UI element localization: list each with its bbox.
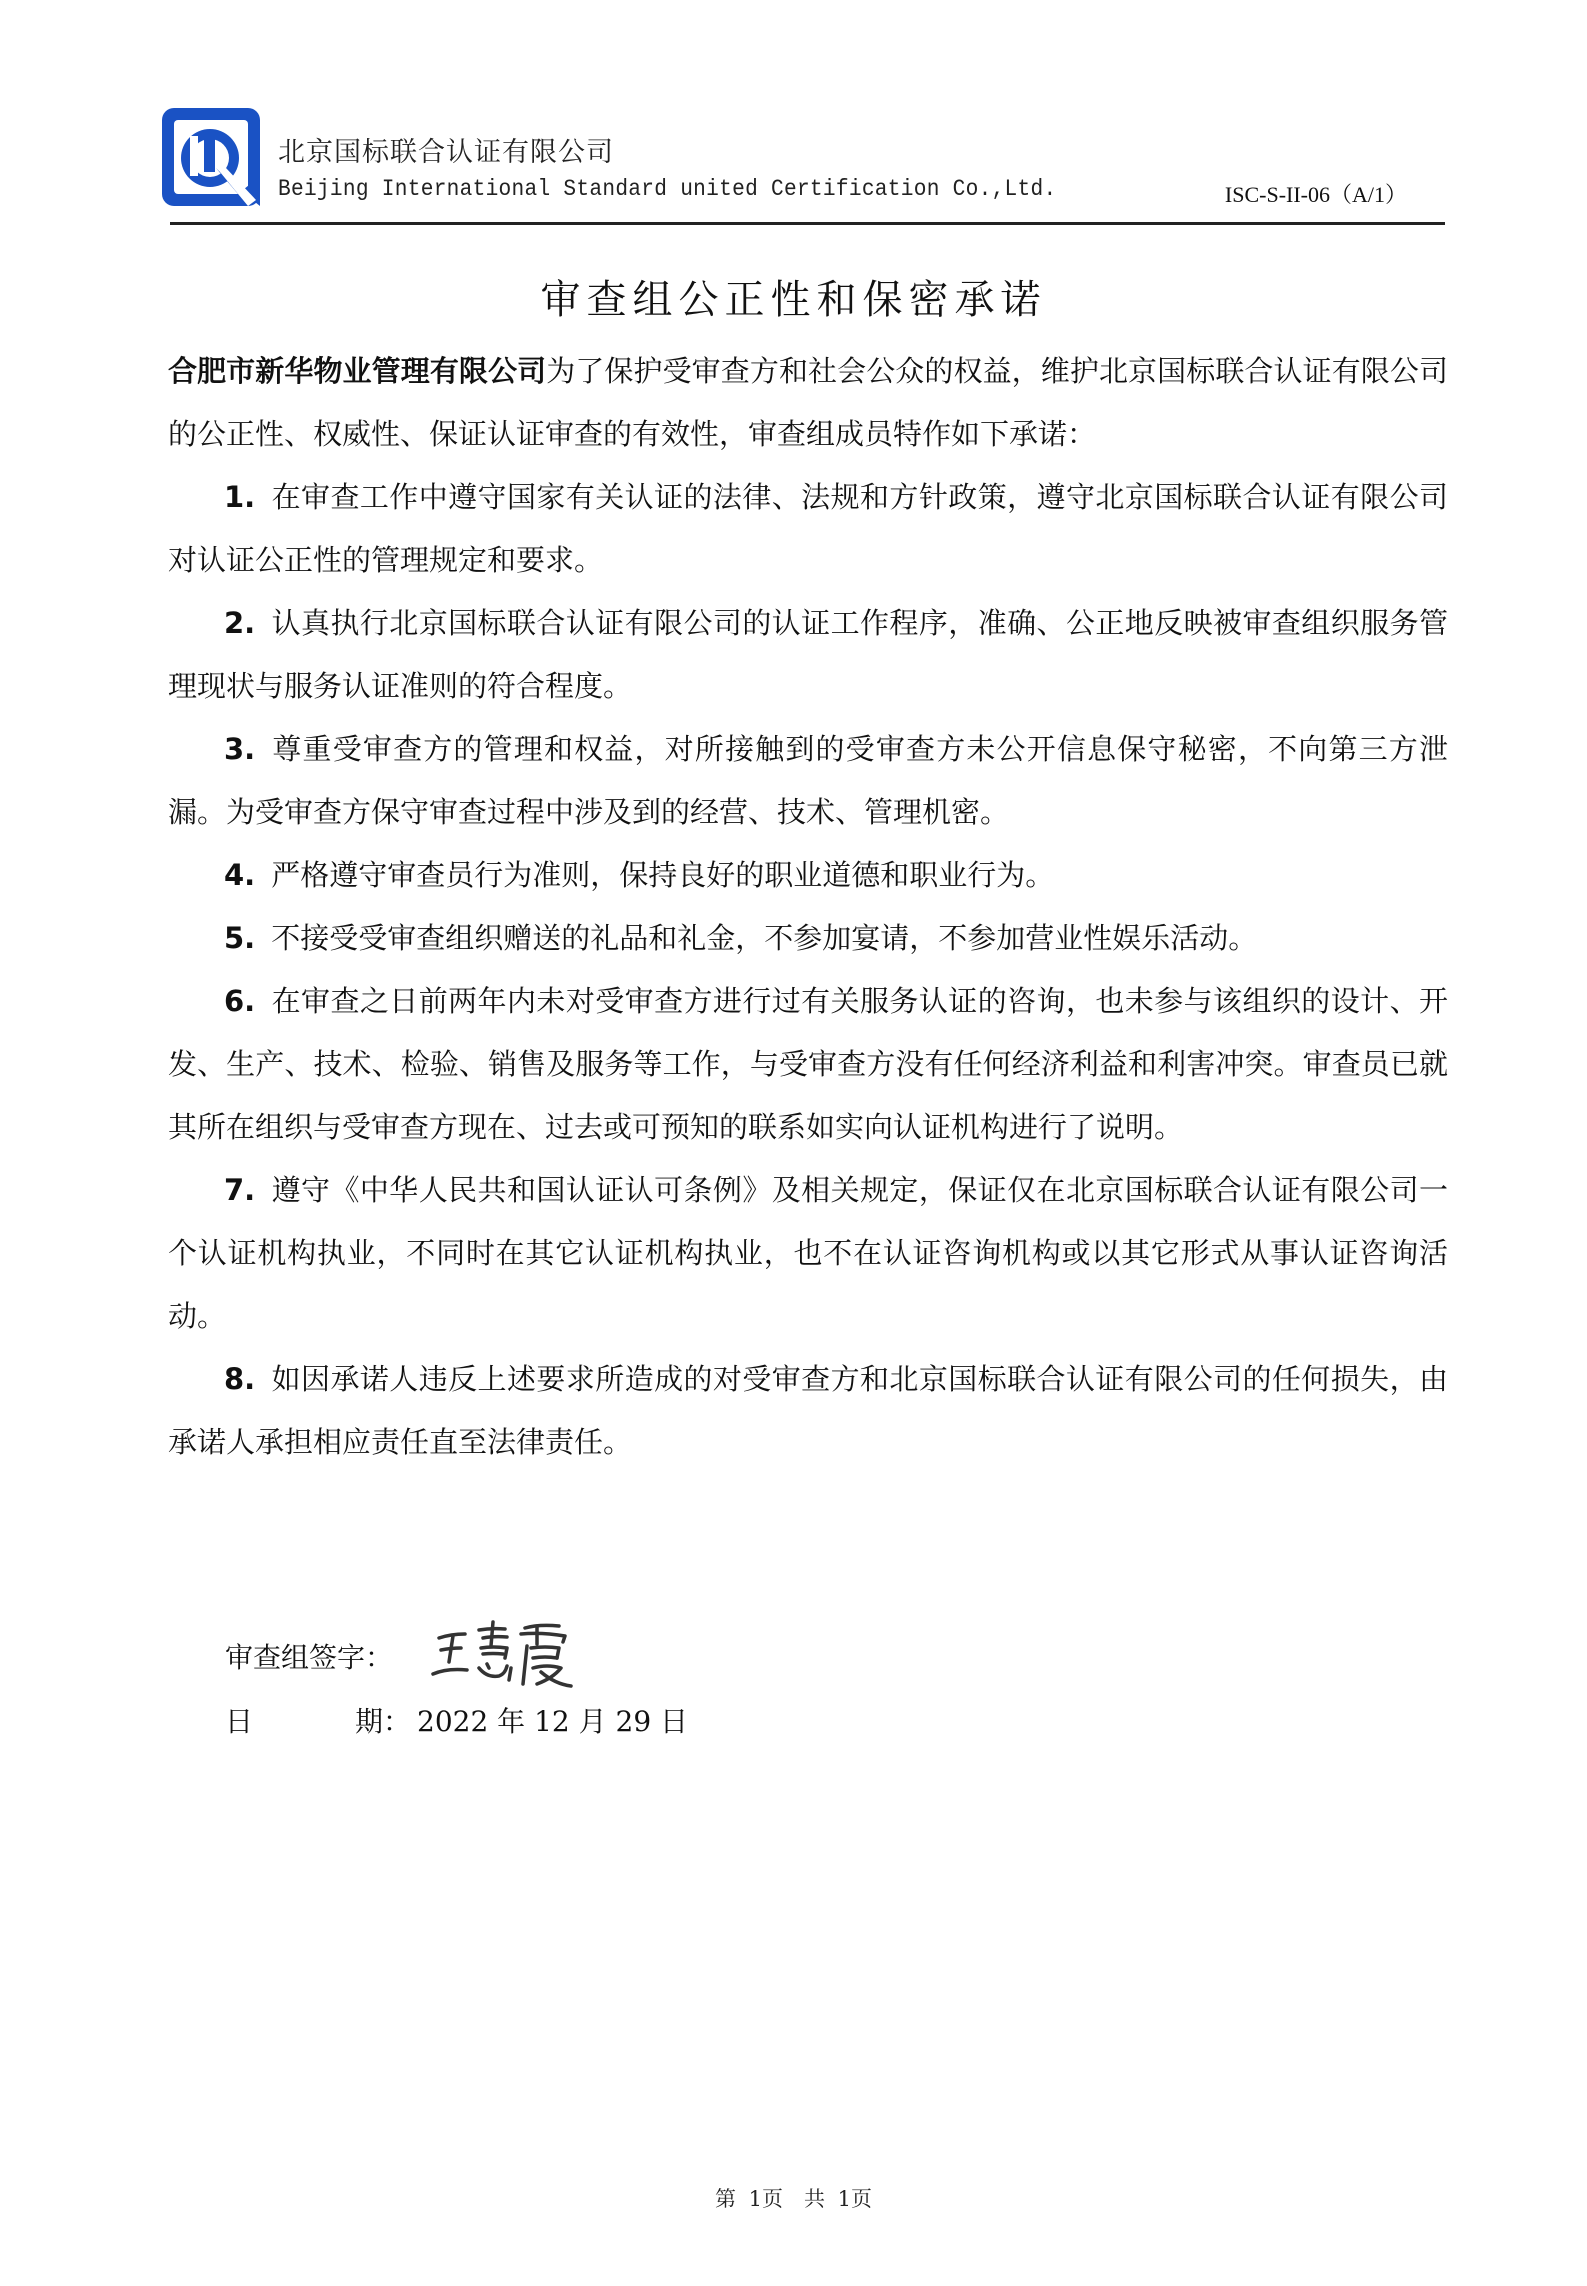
- date-label-part2: 期：: [355, 1700, 411, 1740]
- item-text: 尊重受审查方的管理和权益，对所接触到的受审查方未公开信息保守秘密，不向第三方泄漏…: [168, 732, 1448, 829]
- document-body: 合肥市新华物业管理有限公司为了保护受审查方和社会公众的权益，维护北京国标联合认证…: [168, 340, 1448, 1474]
- item-text: 在审查之日前两年内未对受审查方进行过有关服务认证的咨询，也未参与该组织的设计、开…: [168, 984, 1448, 1144]
- signature-label: 审查组签字：: [225, 1636, 393, 1676]
- item-text: 严格遵守审查员行为准则，保持良好的职业道德和职业行为。: [271, 858, 1054, 892]
- document-code: ISC-S-II-06（A/1）: [1225, 178, 1407, 209]
- item-number: 7.: [224, 1173, 255, 1207]
- item-number: 6.: [224, 984, 255, 1018]
- date-value: 2022 年 12 月 29 日: [417, 1700, 688, 1740]
- commitment-item: 3.尊重受审查方的管理和权益，对所接触到的受审查方未公开信息保守秘密，不向第三方…: [168, 718, 1448, 844]
- item-number: 5.: [224, 921, 255, 955]
- organization-name: 合肥市新华物业管理有限公司: [168, 354, 546, 388]
- header-divider: [170, 222, 1445, 225]
- handwritten-signature-icon: [429, 1618, 579, 1693]
- item-number: 3.: [224, 732, 255, 766]
- date-label-part1: 日: [225, 1700, 355, 1740]
- document-page: 北京国标联合认证有限公司 Beijing International Stand…: [0, 0, 1587, 2286]
- isc-logo-icon: [160, 106, 262, 208]
- item-number: 2.: [224, 606, 255, 640]
- item-text: 不接受受审查组织赠送的礼品和礼金，不参加宴请，不参加营业性娱乐活动。: [271, 921, 1257, 955]
- company-name-cn: 北京国标联合认证有限公司: [278, 130, 614, 169]
- intro-paragraph: 合肥市新华物业管理有限公司为了保护受审查方和社会公众的权益，维护北京国标联合认证…: [168, 340, 1448, 466]
- item-number: 8.: [224, 1362, 255, 1396]
- commitment-item: 6.在审查之日前两年内未对受审查方进行过有关服务认证的咨询，也未参与该组织的设计…: [168, 970, 1448, 1159]
- commitment-item: 7.遵守《中华人民共和国认证认可条例》及相关规定，保证仅在北京国标联合认证有限公…: [168, 1159, 1448, 1348]
- item-number: 1.: [224, 480, 255, 514]
- commitment-item: 1.在审查工作中遵守国家有关认证的法律、法规和方针政策，遵守北京国标联合认证有限…: [168, 466, 1448, 592]
- item-text: 在审查工作中遵守国家有关认证的法律、法规和方针政策，遵守北京国标联合认证有限公司…: [168, 480, 1448, 577]
- item-text: 认真执行北京国标联合认证有限公司的认证工作程序，准确、公正地反映被审查组织服务管…: [168, 606, 1448, 703]
- date-row: 日 期： 2022 年 12 月 29 日: [225, 1700, 688, 1740]
- page-number: 第 1页 共 1页: [0, 2183, 1587, 2213]
- company-name-en: Beijing International Standard united Ce…: [278, 176, 1056, 202]
- commitment-item: 8.如因承诺人违反上述要求所造成的对受审查方和北京国标联合认证有限公司的任何损失…: [168, 1348, 1448, 1474]
- commitment-item: 4.严格遵守审查员行为准则，保持良好的职业道德和职业行为。: [168, 844, 1448, 907]
- document-title: 审查组公正性和保密承诺: [0, 268, 1587, 325]
- item-text: 如因承诺人违反上述要求所造成的对受审查方和北京国标联合认证有限公司的任何损失，由…: [168, 1362, 1448, 1459]
- signature-row: 审查组签字：: [225, 1618, 579, 1693]
- commitment-item: 2.认真执行北京国标联合认证有限公司的认证工作程序，准确、公正地反映被审查组织服…: [168, 592, 1448, 718]
- item-text: 遵守《中华人民共和国认证认可条例》及相关规定，保证仅在北京国标联合认证有限公司一…: [168, 1173, 1448, 1333]
- commitment-item: 5.不接受受审查组织赠送的礼品和礼金，不参加宴请，不参加营业性娱乐活动。: [168, 907, 1448, 970]
- item-number: 4.: [224, 858, 255, 892]
